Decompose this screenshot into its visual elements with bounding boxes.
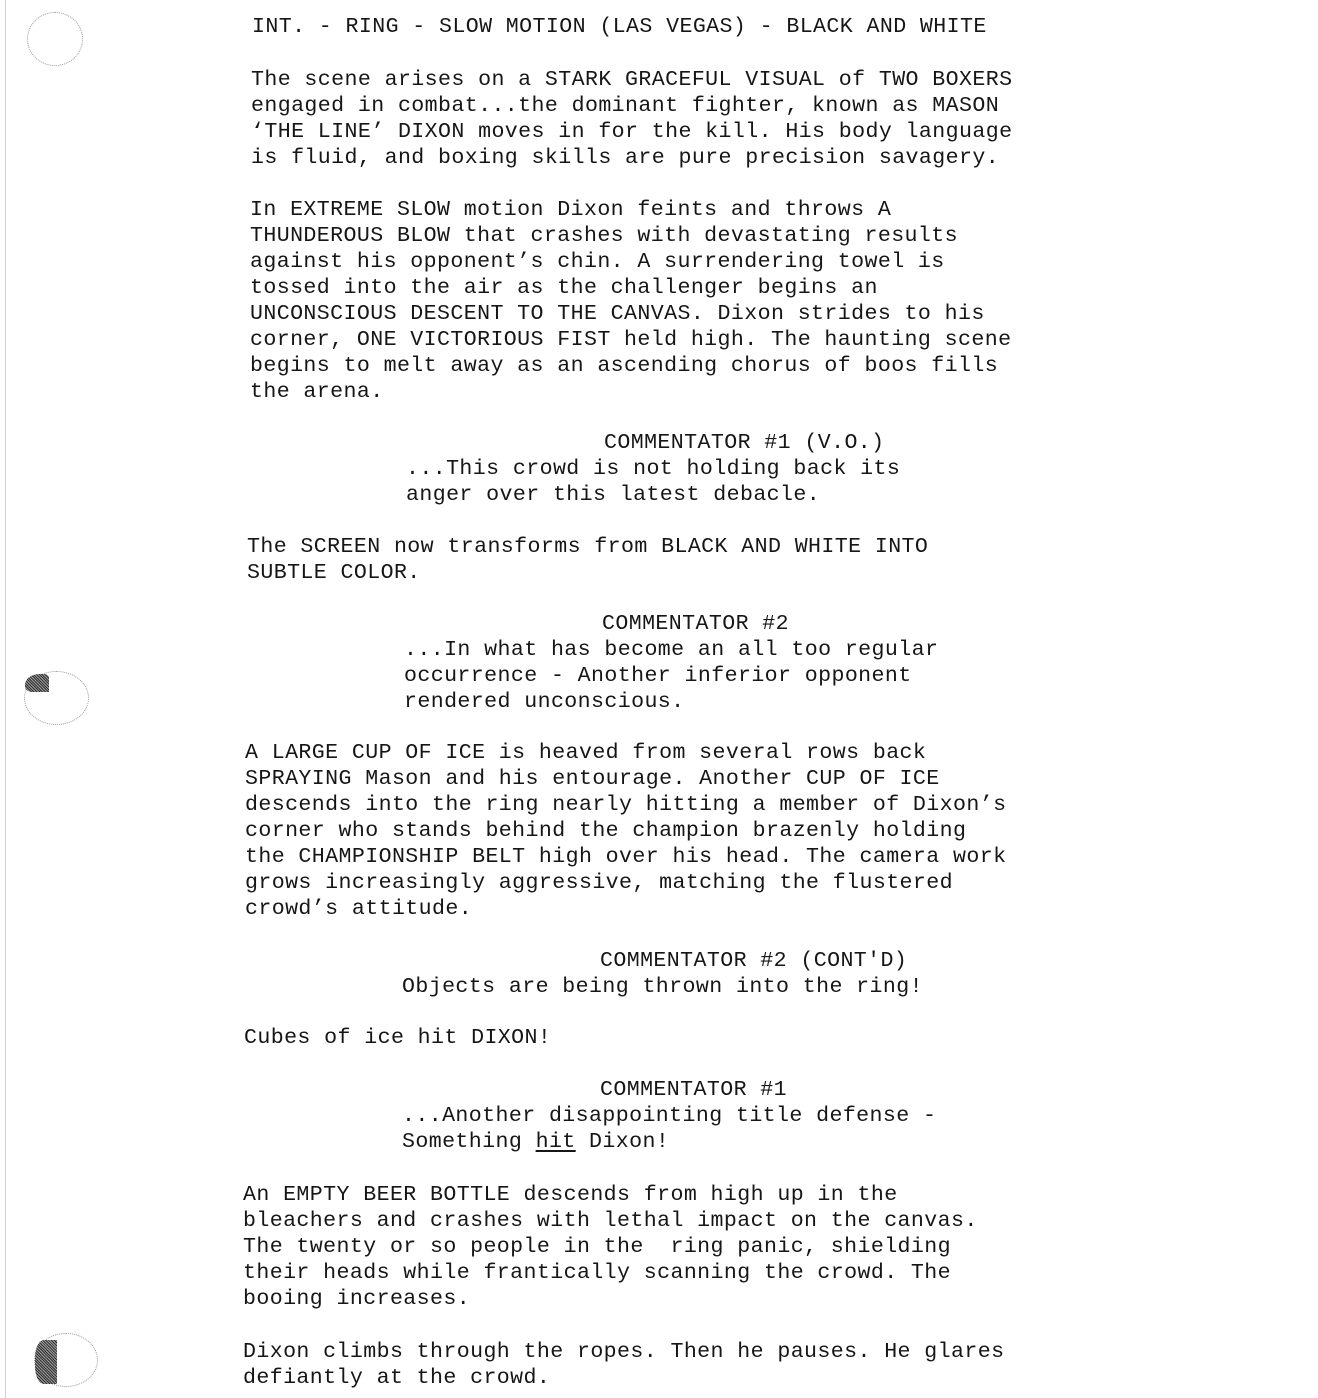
action-block-4: A LARGE CUP OF ICE is heaved from severa… — [245, 740, 1006, 922]
action-block-6: An EMPTY BEER BOTTLE descends from high … — [243, 1182, 978, 1312]
action-line: The twenty or so people in the ring pani… — [243, 1234, 978, 1260]
action-line: SPRAYING Mason and his entourage. Anothe… — [245, 766, 1006, 792]
action-line: corner who stands behind the champion br… — [245, 818, 1006, 844]
dialogue-block-1: ...This crowd is not holding back its an… — [406, 456, 900, 508]
action-line: Cubes of ice hit DIXON! — [244, 1025, 551, 1051]
binder-hole-top — [27, 12, 83, 66]
dialogue-line: Objects are being thrown into the ring! — [402, 974, 923, 1000]
action-line: The scene arises on a STARK GRACEFUL VIS… — [251, 67, 1012, 93]
dialogue-text: Something — [402, 1130, 536, 1154]
dialogue-line-underlined: Something hit Dixon! — [402, 1129, 936, 1155]
action-line: is fluid, and boxing skills are pure pre… — [251, 145, 1012, 171]
action-line: the arena. — [250, 379, 1011, 405]
action-block-7: Dixon climbs through the ropes. Then he … — [243, 1339, 1004, 1391]
action-line: bleachers and crashes with lethal impact… — [243, 1208, 978, 1234]
binder-hole-bottom — [34, 1333, 98, 1387]
action-line: descends into the ring nearly hitting a … — [245, 792, 1006, 818]
character-name: COMMENTATOR #1 — [600, 1077, 787, 1103]
action-line: In EXTREME SLOW motion Dixon feints and … — [250, 197, 1011, 223]
dialogue-line: occurrence - Another inferior opponent — [404, 663, 938, 689]
underlined-word: hit — [536, 1130, 576, 1154]
dialogue-line: ...In what has become an all too regular — [404, 637, 938, 663]
action-line: engaged in combat...the dominant fighter… — [251, 93, 1012, 119]
action-line: SUBTLE COLOR. — [247, 560, 928, 586]
scene-heading: INT. - RING - SLOW MOTION (LAS VEGAS) - … — [252, 14, 987, 40]
action-line: A LARGE CUP OF ICE is heaved from severa… — [245, 740, 1006, 766]
action-line: begins to melt away as an ascending chor… — [250, 353, 1011, 379]
action-line: crowd’s attitude. — [245, 896, 1006, 922]
action-line: against his opponent’s chin. A surrender… — [250, 249, 1011, 275]
action-line: The SCREEN now transforms from BLACK AND… — [247, 534, 928, 560]
action-line: An EMPTY BEER BOTTLE descends from high … — [243, 1182, 978, 1208]
action-line: corner, ONE VICTORIOUS FIST held high. T… — [250, 327, 1011, 353]
dialogue-line: rendered unconscious. — [404, 689, 938, 715]
action-line: THUNDEROUS BLOW that crashes with devast… — [250, 223, 1011, 249]
action-line: booing increases. — [243, 1286, 978, 1312]
dialogue-block-3: Objects are being thrown into the ring! — [402, 974, 923, 1000]
dialogue-line: ...This crowd is not holding back its — [406, 456, 900, 482]
dialogue-block-4: ...Another disappointing title defense -… — [402, 1103, 936, 1155]
action-block-1: The scene arises on a STARK GRACEFUL VIS… — [251, 67, 1012, 171]
dialogue-line: anger over this latest debacle. — [406, 482, 900, 508]
action-block-2: In EXTREME SLOW motion Dixon feints and … — [250, 197, 1011, 405]
dialogue-text: Dixon! — [576, 1130, 670, 1154]
action-line: grows increasingly aggressive, matching … — [245, 870, 1006, 896]
dialogue-line: ...Another disappointing title defense - — [402, 1103, 936, 1129]
action-line: tossed into the air as the challenger be… — [250, 275, 1011, 301]
action-line: their heads while frantically scanning t… — [243, 1260, 978, 1286]
binder-hole-middle — [24, 671, 89, 725]
action-line: ‘THE LINE’ DIXON moves in for the kill. … — [251, 119, 1012, 145]
action-line: UNCONSCIOUS DESCENT TO THE CANVAS. Dixon… — [250, 301, 1011, 327]
action-block-3: The SCREEN now transforms from BLACK AND… — [247, 534, 928, 586]
character-name: COMMENTATOR #2 (CONT'D) — [600, 948, 907, 974]
page-left-edge — [5, 0, 6, 1398]
action-line: the CHAMPIONSHIP BELT high over his head… — [245, 844, 1006, 870]
action-line: Dixon climbs through the ropes. Then he … — [243, 1339, 1004, 1365]
character-name: COMMENTATOR #1 (V.O.) — [604, 430, 885, 456]
action-line: defiantly at the crowd. — [243, 1365, 1004, 1391]
dialogue-block-2: ...In what has become an all too regular… — [404, 637, 938, 715]
action-block-5: Cubes of ice hit DIXON! — [244, 1025, 551, 1051]
character-name: COMMENTATOR #2 — [602, 611, 789, 637]
